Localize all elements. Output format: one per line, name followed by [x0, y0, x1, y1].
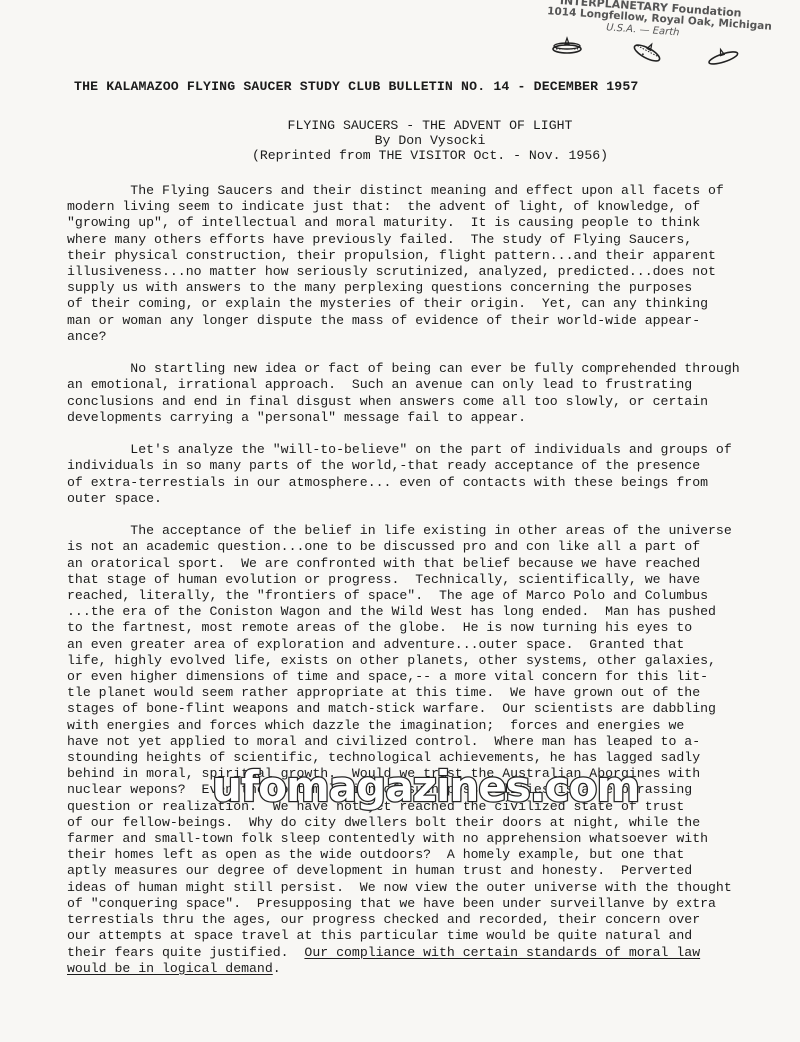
paragraph-4-text: The acceptance of the belief in life exi… — [67, 523, 732, 959]
underlined-closing-1: Our compliance with certain standards of… — [304, 945, 700, 960]
paragraph-1: The Flying Saucers and their distinct me… — [67, 183, 767, 345]
article-byline: By Don Vysocki — [0, 133, 800, 148]
paragraph-4: The acceptance of the belief in life exi… — [67, 523, 767, 977]
paragraph-3: Let's analyze the "will-to-believe" on t… — [67, 442, 767, 507]
article-body: The Flying Saucers and their distinct me… — [67, 183, 767, 977]
flying-saucer-icon — [705, 46, 741, 68]
article-title: FLYING SAUCERS - THE ADVENT OF LIGHT — [0, 118, 800, 133]
document-page: INTERPLANETARY Foundation 1014 Longfello… — [0, 0, 800, 1042]
flying-saucer-icon — [550, 36, 584, 58]
foundation-stamp: INTERPLANETARY Foundation 1014 Longfello… — [558, 0, 800, 48]
paragraph-2: No startling new idea or fact of being c… — [67, 361, 767, 426]
flying-saucer-icon — [630, 40, 664, 66]
closing-punct: . — [273, 961, 281, 976]
bulletin-header: THE KALAMAZOO FLYING SAUCER STUDY CLUB B… — [74, 79, 714, 94]
watermark: ufomagazines.com — [212, 762, 639, 811]
article-reprint-note: (Reprinted from THE VISITOR Oct. - Nov. … — [0, 148, 800, 163]
underlined-closing-2: would be in logical demand — [67, 961, 273, 976]
